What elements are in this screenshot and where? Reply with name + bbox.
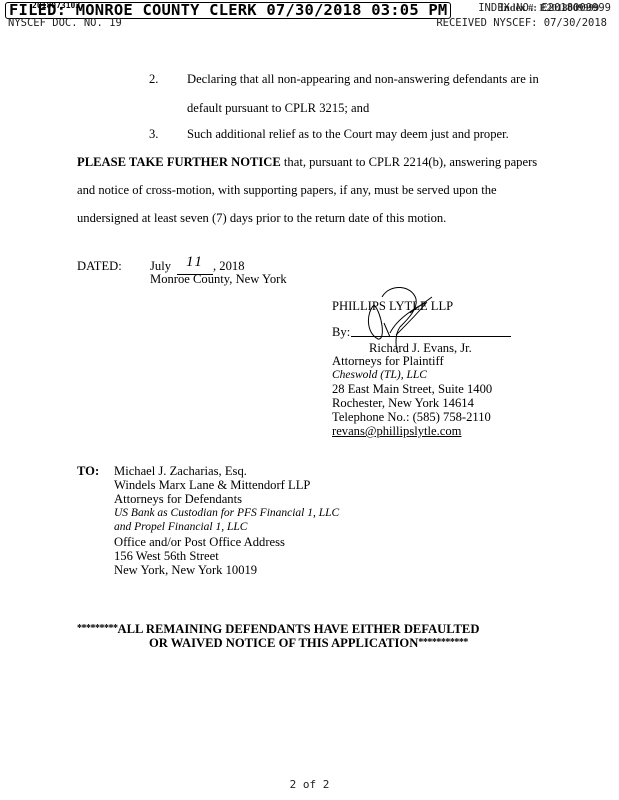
by-label: By: (332, 325, 350, 340)
to-line: US Bank as Custodian for PFS Financial 1… (114, 506, 339, 521)
to-line: Office and/or Post Office Address (114, 535, 285, 550)
notice-paragraph-line: and notice of cross-motion, with support… (77, 183, 497, 198)
relief-item-text: Declaring that all non-appearing and non… (187, 72, 539, 87)
firm-address-line1: 28 East Main Street, Suite 1400 (332, 382, 492, 397)
to-line: Michael J. Zacharias, Esq. (114, 464, 247, 479)
handwritten-day: 11 (186, 254, 204, 271)
relief-item-number: 2. (149, 72, 158, 87)
to-line: 156 West 56th Street (114, 549, 219, 564)
relief-item-text: Such additional relief as to the Court m… (187, 127, 509, 142)
to-line: Windels Marx Lane & Mittendorf LLP (114, 478, 310, 493)
defaults-notice-line2: OR WAIVED NOTICE OF THIS APPLICATION****… (149, 635, 468, 651)
nyscef-doc-number: NYSCEF DOC. NO. 19 (8, 17, 122, 30)
to-label: TO: (77, 464, 99, 479)
dated-label: DATED: (77, 259, 122, 274)
notice-line1-rest: that, pursuant to CPLR 2214(b), answerin… (281, 155, 537, 169)
index-number-overlay: Index #: E2018009999 (500, 2, 599, 15)
received-nyscef-date: RECEIVED NYSCEF: 07/30/2018 (436, 17, 607, 30)
leading-asterisks: ********* (77, 623, 118, 634)
notice-paragraph-line: undersigned at least seven (7) days prio… (77, 211, 446, 226)
relief-item-text: default pursuant to CPLR 3215; and (187, 101, 369, 116)
defaults-notice-text: ALL REMAINING DEFENDANTS HAVE EITHER DEF… (118, 622, 480, 636)
to-line: Attorneys for Defendants (114, 492, 242, 507)
defaults-notice-text: OR WAIVED NOTICE OF THIS APPLICATION (149, 636, 418, 650)
to-line: New York, New York 10019 (114, 563, 257, 578)
attorney-role: Attorneys for Plaintiff (332, 354, 444, 369)
filed-overlay-number: 2018073103 (32, 1, 80, 10)
page-indicator: 2 of 2 (0, 778, 619, 791)
trailing-asterisks: *********** (418, 637, 468, 648)
notice-paragraph-line: PLEASE TAKE FURTHER NOTICE that, pursuan… (77, 155, 537, 170)
notice-lead: PLEASE TAKE FURTHER NOTICE (77, 155, 281, 169)
to-line: and Propel Financial 1, LLC (114, 520, 247, 535)
firm-address-line2: Rochester, New York 14614 (332, 396, 474, 411)
client-name: Cheswold (TL), LLC (332, 368, 427, 383)
firm-email-link[interactable]: revans@phillipslytle.com (332, 424, 461, 439)
firm-telephone: Telephone No.: (585) 758-2110 (332, 410, 491, 425)
dated-location: Monroe County, New York (150, 272, 287, 287)
relief-item-number: 3. (149, 127, 158, 142)
